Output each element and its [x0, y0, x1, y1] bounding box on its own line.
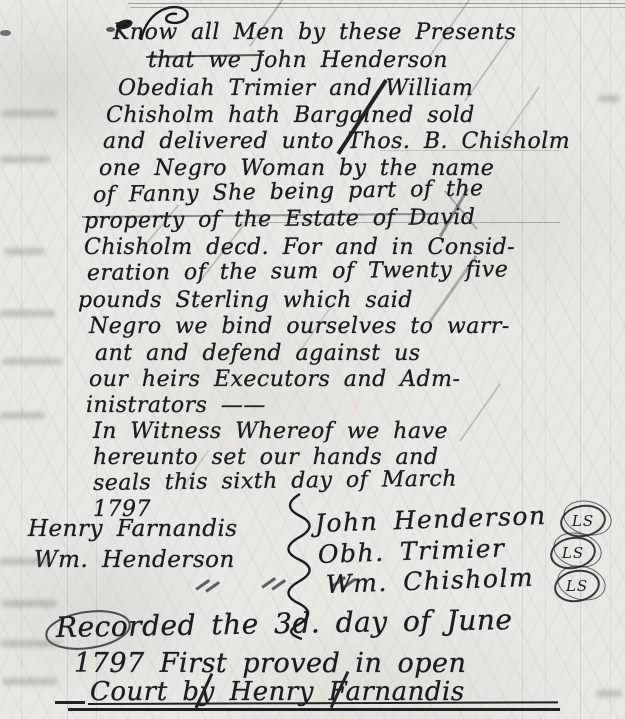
manuscript-line: ant and defend against us: [95, 341, 421, 366]
manuscript-line: our heirs Executors and Adm-: [89, 367, 460, 392]
seal-label: LS: [554, 570, 600, 602]
ink-smudge: [0, 30, 11, 36]
bleed-through-ghost: [596, 690, 622, 697]
bleed-through-ghost: [0, 310, 55, 317]
manuscript-line: pounds Sterling which said: [78, 288, 413, 313]
bleed-through-ghost: [2, 600, 57, 607]
seal-stamp: LS: [554, 570, 600, 602]
manuscript-line: that we John Henderson: [148, 48, 448, 73]
margin-rule-right-3: [580, 0, 581, 719]
margin-rule-right-4: [610, 0, 611, 719]
manuscript-line: inistrators ——: [86, 393, 266, 418]
manuscript-line: Obediah Trimier and William: [118, 76, 473, 101]
manuscript-line: property of the Estate of David: [84, 205, 476, 234]
bleed-through-ghost: [2, 358, 62, 365]
witness-signature: Wm. Henderson: [34, 547, 235, 573]
margin-rule-right-2: [545, 0, 546, 719]
top-ruled-line: [128, 3, 625, 4]
bottom-ruled-line: [68, 708, 560, 711]
bleed-through-ghost: [0, 640, 60, 647]
top-ruled-line: [130, 7, 625, 8]
seal-label: LS: [550, 537, 596, 569]
bottom-ruled-line: [55, 701, 85, 704]
strike-mark: [240, 222, 560, 223]
recording-line: 1797 First proved in open: [74, 648, 466, 679]
bleed-through-ghost: [0, 156, 50, 163]
bleed-through-ghost: [2, 678, 57, 685]
hatch-mark: [459, 383, 501, 441]
manuscript-line: Chisholm hath Bargained sold: [106, 103, 475, 128]
manuscript-line: hereunto set our hands and: [93, 445, 438, 470]
witness-signature: Henry Farnandis: [28, 516, 238, 542]
manuscript-line: eration of the sum of Twenty five: [87, 257, 509, 286]
bleed-through-ghost: [0, 412, 45, 419]
bleed-through-ghost: [598, 95, 620, 102]
manuscript-page: Know all Men by these Presents that we J…: [0, 0, 625, 719]
manuscript-line: In Witness Whereof we have: [93, 419, 448, 444]
bleed-through-ghost: [2, 110, 57, 117]
manuscript-line: Negro we bind ourselves to warr-: [89, 314, 510, 339]
recording-line: Recorded the 3d. day of June: [56, 603, 513, 644]
manuscript-line: Know all Men by these Presents: [113, 20, 516, 45]
bleed-through-ghost: [4, 248, 44, 255]
party-signature: Wm. Chisholm: [325, 563, 534, 599]
party-signature: John Henderson: [314, 501, 547, 538]
bleed-through-ghost: [0, 558, 50, 565]
seal-stamp: LS: [550, 537, 596, 569]
hatch-mark: [464, 39, 509, 102]
party-signature: Obh. Trimier: [317, 533, 505, 569]
